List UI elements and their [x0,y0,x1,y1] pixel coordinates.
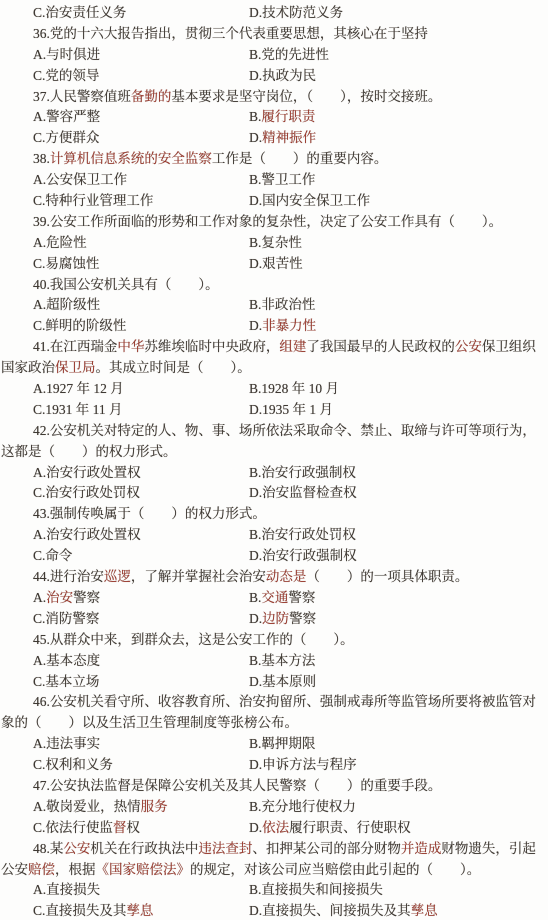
option-cell-left: C.方便群众 [0,128,249,149]
text-segment: 计算机信息系统的安全监察 [50,151,212,166]
option-cell-left: C.依法行使监督权 [0,818,249,839]
text-segment: 机关在行政执法中 [90,841,198,856]
option-cell-left: A.违法事实 [0,734,249,755]
text-segment: C.直接损失及其 [33,903,126,918]
option-row: A.1927 年 12 月B.1928 年 10 月 [0,379,548,400]
option-cell-left: A.治安行政处置权 [0,463,249,484]
option-row: A.敬岗爱业，热情服务B.充分地行使权力 [0,797,548,818]
text-segment: 警察 [288,590,315,605]
option-cell-right: D.国内安全保卫工作 [249,191,548,212]
text-segment: 巡逻 [104,569,131,584]
text-segment: C.1931 年 11 月 [33,402,123,417]
question-stem-line: 47.公安执法监督是保障公安机关及其人民警察（ ）的重要手段。 [0,776,548,797]
text-segment: B.羁押期限 [249,736,315,751]
text-segment: 47.公安执法监督是保障公安机关及其人民警察（ ）的重要手段。 [33,778,441,793]
text-segment: C.消防警察 [33,611,99,626]
option-row: C.易腐蚀性D.艰苦性 [0,254,548,275]
option-cell-left: C.易腐蚀性 [0,254,249,275]
question-stem-line: 43.强制传唤属于（ ）的权力形式。 [0,504,548,525]
question-stem-line: 国家政治保卫局。其成立时间是（ ）。 [0,358,548,379]
text-segment: C.易腐蚀性 [33,256,99,271]
text-segment: C.治安责任义务 [33,5,126,20]
question-block: 48.某公安机关在行政执法中违法查封、扣押某公司的部分财物并造成财物遗失，引起公… [0,839,548,920]
text-segment: B.非政治性 [249,297,315,312]
text-segment: D. [249,820,262,835]
text-segment: D. [249,611,262,626]
question-block: 41.在江西瑞金中华苏维埃临时中央政府，组建了我国最早的人民政权的公安保卫组织国… [0,337,548,421]
text-segment: 动态是 [266,569,307,584]
text-segment: 了我国最早的人民政权的 [306,339,455,354]
text-segment: C.方便群众 [33,130,99,145]
text-segment: 非暴力性 [262,318,316,333]
option-cell-right: D.艰苦性 [249,254,548,275]
text-segment: B. [249,590,261,605]
text-segment: 44.进行治安 [33,569,104,584]
text-segment: B.警卫工作 [249,172,315,187]
text-segment: D.治安监督检查权 [249,485,357,500]
text-segment: 46.公安机关看守所、收容教育所、治安拘留所、强制戒毒所等监管场所要将被监管对 [33,694,536,709]
option-cell-left: C.直接损失及其孳息 [0,901,249,920]
question-stem-line: 37.人民警察值班备勤的基本要求是坚守岗位，（ ），按时交接班。 [0,87,548,108]
option-cell-left: C.党的领导 [0,66,249,87]
text-segment: C.鲜明的阶级性 [33,318,126,333]
text-segment: A.直接损失 [33,882,100,897]
question-stem-line: 41.在江西瑞金中华苏维埃临时中央政府，组建了我国最早的人民政权的公安保卫组织 [0,337,548,358]
option-cell-right: D.直接损失、间接损失及其孳息 [249,901,548,920]
text-segment: D.直接损失、间接损失及其 [249,903,411,918]
text-segment: A.1927 年 12 月 [33,381,124,396]
text-segment: 赔偿 [28,862,55,877]
text-segment: 治安 [46,590,73,605]
text-segment: A.治安行政处置权 [33,527,141,542]
option-row: A.警容严整B.履行职责 [0,107,548,128]
exam-scan-page: C.治安责任义务D.技术防范义务36.党的十六大报告指出，贯彻三个代表重要思想，… [0,0,548,920]
option-cell-left: A.直接损失 [0,880,249,901]
option-cell-left: A.超阶级性 [0,295,249,316]
option-cell-left: C.消防警察 [0,609,249,630]
text-segment: 并造成 [401,841,442,856]
question-stem-line: 这都是（ ）的权力形式。 [0,442,548,463]
option-cell-right: B.党的先进性 [249,45,548,66]
option-cell-right: D.治安行政强制权 [249,546,548,567]
text-segment: A.超阶级性 [33,297,100,312]
option-row: C.权利和义务D.申诉方法与程序 [0,755,548,776]
option-cell-right: D.依法履行职责、行使职权 [249,818,548,839]
text-segment: 备勤的 [131,89,172,104]
text-segment: 孳息 [126,903,153,918]
option-row: C.鲜明的阶级性D.非暴力性 [0,316,548,337]
option-row: C.命令D.治安行政强制权 [0,546,548,567]
text-segment: 履行职责 [261,109,315,124]
text-segment: C.党的领导 [33,68,99,83]
option-cell-right: D.1935 年 1 月 [249,400,548,421]
text-segment: 公安 [1,862,28,877]
text-segment: D.国内安全保卫工作 [249,193,370,208]
question-stem-line: 45.从群众中来，到群众去，这是公安工作的（ ）。 [0,630,548,651]
question-stem-line: 象的（ ）以及生活卫生管理制度等张榜公布。 [0,713,548,734]
option-cell-right: D.边防警察 [249,609,548,630]
text-segment: 37.人民警察值班 [33,89,131,104]
text-segment: D.执政为民 [249,68,316,83]
option-row: C.治安行政处罚权D.治安监督检查权 [0,483,548,504]
text-segment: 警察 [73,590,100,605]
text-segment: 这都是（ ）的权力形式。 [1,444,177,459]
text-segment: A.公安保卫工作 [33,172,127,187]
question-block: 38.计算机信息系统的安全监察工作是（ ）的重要内容。A.公安保卫工作B.警卫工… [0,149,548,212]
text-segment: A.基本态度 [33,653,100,668]
option-row: A.治安行政处置权B.治安行政处罚权 [0,525,548,546]
text-segment: 财物遗失，引起 [441,841,536,856]
text-segment: 保卫组织 [482,339,536,354]
text-segment: 42.公安机关对特定的人、物、事、场所依法采取命令、禁止、取缔与许可等项行为， [33,423,536,438]
option-cell-right: B.充分地行使权力 [249,797,548,818]
text-segment: B.治安行政强制权 [249,465,356,480]
option-cell-right: D.技术防范义务 [249,3,548,24]
option-row: C.基本立场D.基本原则 [0,672,548,693]
option-cell-left: A.与时俱进 [0,45,249,66]
option-row: A.基本态度B.基本方法 [0,651,548,672]
question-stem-line: 46.公安机关看守所、收容教育所、治安拘留所、强制戒毒所等监管场所要将被监管对 [0,692,548,713]
text-segment: 履行职责、行使职权 [289,820,411,835]
text-segment: B.直接损失和间接损失 [249,882,383,897]
text-segment: A.违法事实 [33,736,100,751]
text-segment: 基本要求是坚守岗位，（ ），按时交接班。 [171,89,441,104]
option-cell-left: C.鲜明的阶级性 [0,316,249,337]
option-cell-right: B.治安行政强制权 [249,463,548,484]
text-segment: 41.在江西瑞金 [33,339,117,354]
text-segment: 、扣押某公司的部分财物 [252,841,401,856]
question-stem-line: 40.我国公安机关具有（ ）。 [0,275,548,296]
text-segment: A.与时俱进 [33,47,100,62]
text-segment: B.基本方法 [249,653,315,668]
text-segment: 苏维埃临时中央政府， [144,339,279,354]
text-segment: B. [249,109,261,124]
option-row: A.超阶级性B.非政治性 [0,295,548,316]
option-cell-right: D.基本原则 [249,672,548,693]
option-row: C.特种行业管理工作D.国内安全保卫工作 [0,191,548,212]
option-cell-right: B.非政治性 [249,295,548,316]
option-cell-left: A.基本态度 [0,651,249,672]
text-segment: C.基本立场 [33,674,99,689]
question-block: 39.公安工作所面临的形势和工作对象的复杂性，决定了公安工作具有（ ）。A.危险… [0,212,548,275]
option-row: A.违法事实B.羁押期限 [0,734,548,755]
option-cell-left: A.1927 年 12 月 [0,379,249,400]
text-segment: 45.从群众中来，到群众去，这是公安工作的（ ）。 [33,632,354,647]
option-cell-left: C.治安行政处罚权 [0,483,249,504]
question-block: 40.我国公安机关具有（ ）。A.超阶级性B.非政治性C.鲜明的阶级性D.非暴力… [0,275,548,338]
text-segment: D.1935 年 1 月 [249,402,333,417]
option-cell-left: C.治安责任义务 [0,3,249,24]
option-cell-right: D.非暴力性 [249,316,548,337]
question-stem-line: 39.公安工作所面临的形势和工作对象的复杂性，决定了公安工作具有（ ）。 [0,212,548,233]
text-segment: C.命令 [33,548,72,563]
text-segment: A.警容严整 [33,109,100,124]
option-cell-right: B.警卫工作 [249,170,548,191]
option-cell-left: C.特种行业管理工作 [0,191,249,212]
text-segment: B.治安行政处罚权 [249,527,356,542]
text-segment: C.依法行使监 [33,820,113,835]
text-segment: 服务 [141,799,168,814]
option-cell-right: B.治安行政处罚权 [249,525,548,546]
text-segment: 组建 [279,339,306,354]
option-cell-right: B.交通警察 [249,588,548,609]
option-cell-left: C.权利和义务 [0,755,249,776]
text-segment: B.1928 年 10 月 [249,381,339,396]
text-segment: 督 [113,820,127,835]
text-segment: B.复杂性 [249,235,302,250]
option-cell-right: D.执政为民 [249,66,548,87]
question-list: C.治安责任义务D.技术防范义务36.党的十六大报告指出，贯彻三个代表重要思想，… [0,3,548,920]
option-cell-left: A.治安警察 [0,588,249,609]
text-segment: A.敬岗爱业，热情 [33,799,141,814]
question-block: 36.党的十六大报告指出，贯彻三个代表重要思想，其核心在于坚持A.与时俱进B.党… [0,24,548,87]
text-segment: 工作是（ ）的重要内容。 [212,151,388,166]
option-row: A.直接损失B.直接损失和间接损失 [0,880,548,901]
option-cell-left: C.基本立场 [0,672,249,693]
text-segment: D.治安行政强制权 [249,548,357,563]
text-segment: A.治安行政处置权 [33,465,141,480]
text-segment: 公安 [63,841,90,856]
text-segment: 中华 [117,339,144,354]
option-row: C.直接损失及其孳息D.直接损失、间接损失及其孳息 [0,901,548,920]
text-segment: （ ）的一项具体职责。 [306,569,468,584]
option-row: C.治安责任义务D.技术防范义务 [0,3,548,24]
option-cell-right: B.履行职责 [249,107,548,128]
text-segment: 精神振作 [262,130,316,145]
question-block: 47.公安执法监督是保障公安机关及其人民警察（ ）的重要手段。A.敬岗爱业，热情… [0,776,548,839]
text-segment: 违法查封 [198,841,252,856]
text-segment: 40.我国公安机关具有（ ）。 [33,277,219,292]
text-segment: 《国家赔偿法》 [96,862,191,877]
option-cell-left: A.警容严整 [0,107,249,128]
question-block: 43.强制传唤属于（ ）的权力形式。A.治安行政处置权B.治安行政处罚权C.命令… [0,504,548,567]
option-cell-left: C.1931 年 11 月 [0,400,249,421]
text-segment: 权 [126,820,140,835]
text-segment: 保卫局 [55,360,96,375]
option-cell-right: B.羁押期限 [249,734,548,755]
question-block: 37.人民警察值班备勤的基本要求是坚守岗位，（ ），按时交接班。A.警容严整B.… [0,87,548,150]
question-stem-line: 36.党的十六大报告指出，贯彻三个代表重要思想，其核心在于坚持 [0,24,548,45]
option-row: A.危险性B.复杂性 [0,233,548,254]
text-segment: D.艰苦性 [249,256,303,271]
option-cell-right: D.申诉方法与程序 [249,755,548,776]
option-row: A.与时俱进B.党的先进性 [0,45,548,66]
question-block: 46.公安机关看守所、收容教育所、治安拘留所、强制戒毒所等监管场所要将被监管对象… [0,692,548,776]
option-cell-right: B.1928 年 10 月 [249,379,548,400]
question-stem-line: 48.某公安机关在行政执法中违法查封、扣押某公司的部分财物并造成财物遗失，引起 [0,839,548,860]
option-row: C.依法行使监督权D.依法履行职责、行使职权 [0,818,548,839]
option-row: A.治安警察B.交通警察 [0,588,548,609]
text-segment: D.基本原则 [249,674,316,689]
text-segment: ，根据 [55,862,96,877]
option-row: A.公安保卫工作B.警卫工作 [0,170,548,191]
text-segment: D. [249,318,262,333]
text-segment: 43.强制传唤属于（ ）的权力形式。 [33,506,266,521]
question-block: 45.从群众中来，到群众去，这是公安工作的（ ）。A.基本态度B.基本方法C.基… [0,630,548,693]
question-stem-line: 公安赔偿，根据《国家赔偿法》的规定，对该公司应当赔偿由此引起的（ ）。 [0,860,548,881]
option-cell-right: D.治安监督检查权 [249,483,548,504]
question-block: 42.公安机关对特定的人、物、事、场所依法采取命令、禁止、取缔与许可等项行为，这… [0,421,548,505]
text-segment: 孳息 [411,903,438,918]
option-row: C.党的领导D.执政为民 [0,66,548,87]
question-block: 44.进行治安巡逻，了解并掌握社会治安动态是（ ）的一项具体职责。A.治安警察B… [0,567,548,630]
text-segment: 公安 [455,339,482,354]
option-cell-left: A.公安保卫工作 [0,170,249,191]
text-segment: C.特种行业管理工作 [33,193,153,208]
option-row: C.1931 年 11 月D.1935 年 1 月 [0,400,548,421]
text-segment: C.权利和义务 [33,757,113,772]
text-segment: 38. [33,151,50,166]
text-segment: B.充分地行使权力 [249,799,356,814]
text-segment: D.申诉方法与程序 [249,757,357,772]
option-cell-right: B.复杂性 [249,233,548,254]
option-cell-left: A.治安行政处置权 [0,525,249,546]
text-segment: A. [33,590,46,605]
question-stem-line: 44.进行治安巡逻，了解并掌握社会治安动态是（ ）的一项具体职责。 [0,567,548,588]
option-row: A.治安行政处置权B.治安行政强制权 [0,463,548,484]
option-row: C.消防警察D.边防警察 [0,609,548,630]
option-cell-left: C.命令 [0,546,249,567]
text-segment: 象的（ ）以及生活卫生管理制度等张榜公布。 [1,715,298,730]
option-cell-right: B.基本方法 [249,651,548,672]
text-segment: 39.公安工作所面临的形势和工作对象的复杂性，决定了公安工作具有（ ）。 [33,214,502,229]
text-segment: 36.党的十六大报告指出，贯彻三个代表重要思想，其核心在于坚持 [33,26,428,41]
option-cell-right: D.精神振作 [249,128,548,149]
text-segment: B.党的先进性 [249,47,329,62]
text-segment: D.技术防范义务 [249,5,343,20]
text-segment: 的规定，对该公司应当赔偿由此引起的（ ）。 [190,862,480,877]
option-row: C.方便群众D.精神振作 [0,128,548,149]
question-stem-line: 42.公安机关对特定的人、物、事、场所依法采取命令、禁止、取缔与许可等项行为， [0,421,548,442]
text-segment: 国家政治 [1,360,55,375]
option-cell-left: A.危险性 [0,233,249,254]
question-stem-line: 38.计算机信息系统的安全监察工作是（ ）的重要内容。 [0,149,548,170]
text-segment: 边防 [262,611,289,626]
text-segment: 警察 [289,611,316,626]
option-cell-left: A.敬岗爱业，热情服务 [0,797,249,818]
text-segment: 交通 [261,590,288,605]
text-segment: 48.某 [33,841,63,856]
text-segment: C.治安行政处罚权 [33,485,140,500]
option-cell-right: B.直接损失和间接损失 [249,880,548,901]
text-segment: 依法 [262,820,289,835]
text-segment: 。其成立时间是（ ）。 [96,360,251,375]
text-segment: D. [249,130,262,145]
text-segment: ，了解并掌握社会治安 [131,569,266,584]
text-segment: A.危险性 [33,235,87,250]
